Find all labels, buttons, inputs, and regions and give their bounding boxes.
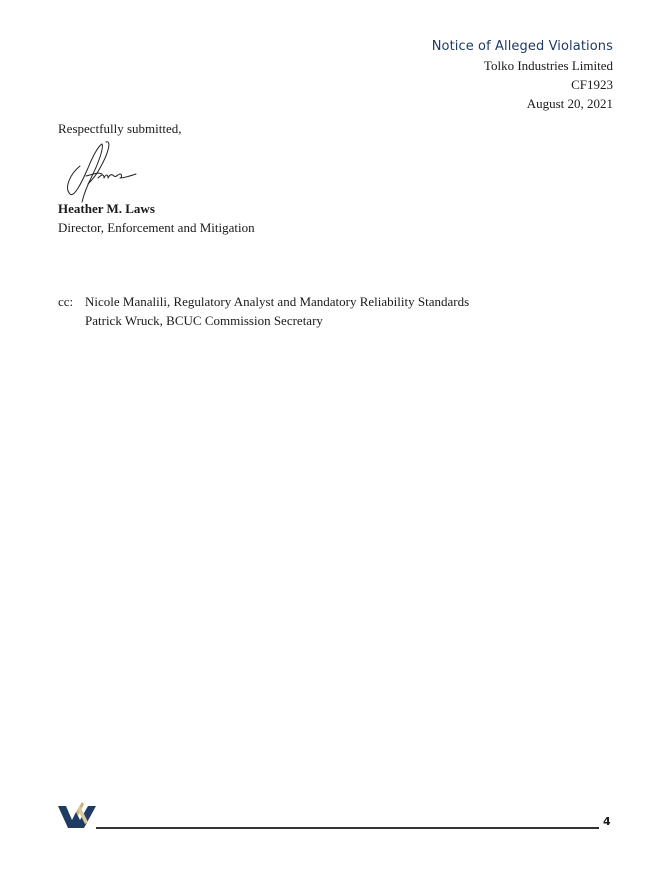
footer-divider (96, 827, 599, 829)
document-date: August 20, 2021 (432, 94, 613, 113)
cc-label: cc: (58, 292, 85, 330)
signer-block: Heather M. Laws Director, Enforcement an… (58, 199, 255, 237)
closing-salutation: Respectfully submitted, (58, 120, 181, 138)
document-title: Notice of Alleged Violations (432, 38, 613, 56)
organization-logo-icon (58, 802, 96, 828)
cc-list: Nicole Manalili, Regulatory Analyst and … (85, 292, 469, 330)
document-header: Notice of Alleged Violations Tolko Indus… (432, 38, 613, 113)
signer-title: Director, Enforcement and Mitigation (58, 218, 255, 237)
signature-icon (58, 138, 158, 204)
page-number: 4 (603, 815, 611, 828)
cc-recipient: Patrick Wruck, BCUC Commission Secretary (85, 311, 469, 330)
cc-block: cc: Nicole Manalili, Regulatory Analyst … (58, 292, 469, 330)
company-name: Tolko Industries Limited (432, 56, 613, 75)
cc-recipient: Nicole Manalili, Regulatory Analyst and … (85, 292, 469, 311)
file-number: CF1923 (432, 75, 613, 94)
signer-name: Heather M. Laws (58, 199, 255, 218)
